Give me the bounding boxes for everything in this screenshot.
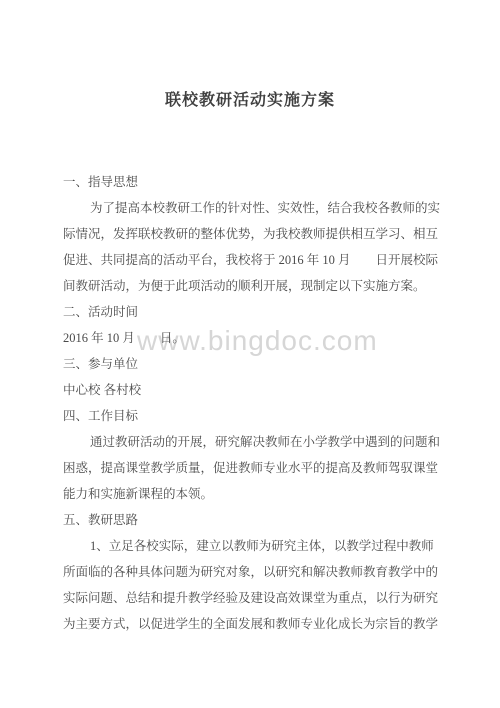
- document-body: 一、指导思想 为了提高本校教研工作的针对性、实效性，结合我校各教师的实 际情况，…: [63, 169, 441, 637]
- text-line: 通过教研活动的开展，研究解决教师在小学教学中遇到的问题和: [63, 429, 441, 455]
- heading-line: 五、教研思路: [63, 507, 441, 533]
- document-page: 联校教研活动实施方案 www.bingdoc.com 一、指导思想 为了提高本校…: [0, 0, 500, 708]
- text-line: 中心校 各村校: [63, 377, 441, 403]
- text-line: 能力和实施新课程的本领。: [63, 481, 441, 507]
- heading-line: 二、活动时间: [63, 299, 441, 325]
- text-line: 促进、共同提高的活动平台，我校将于 2016 年 10 月 日开展校际: [63, 247, 441, 273]
- text-line: 1、立足各校实际，建立以教师为研究主体，以教学过程中教师: [63, 533, 441, 559]
- heading-line: 四、工作目标: [63, 403, 441, 429]
- heading-line: 三、参与单位: [63, 351, 441, 377]
- text-line: 实际问题、总结和提升教学经验及建设高效课堂为重点，以行为研究: [63, 585, 441, 611]
- text-line: 际情况，发挥联校教研的整体优势，为我校教师提供相互学习、相互: [63, 221, 441, 247]
- document-title: 联校教研活动实施方案: [0, 87, 500, 110]
- text-line: 为主要方式，以促进学生的全面发展和教师专业化成长为宗旨的教学: [63, 611, 441, 637]
- text-line: 2016 年 10 月 日。: [63, 325, 441, 351]
- text-line: 间教研活动，为便于此项活动的顺利开展，现制定以下实施方案。: [63, 273, 441, 299]
- text-line: 所面临的各种具体问题为研究对象，以研究和解决教师教育教学中的: [63, 559, 441, 585]
- text-line: 困惑，提高课堂教学质量，促进教师专业水平的提高及教师驾驭课堂: [63, 455, 441, 481]
- text-line: 为了提高本校教研工作的针对性、实效性，结合我校各教师的实: [63, 195, 441, 221]
- heading-line: 一、指导思想: [63, 169, 441, 195]
